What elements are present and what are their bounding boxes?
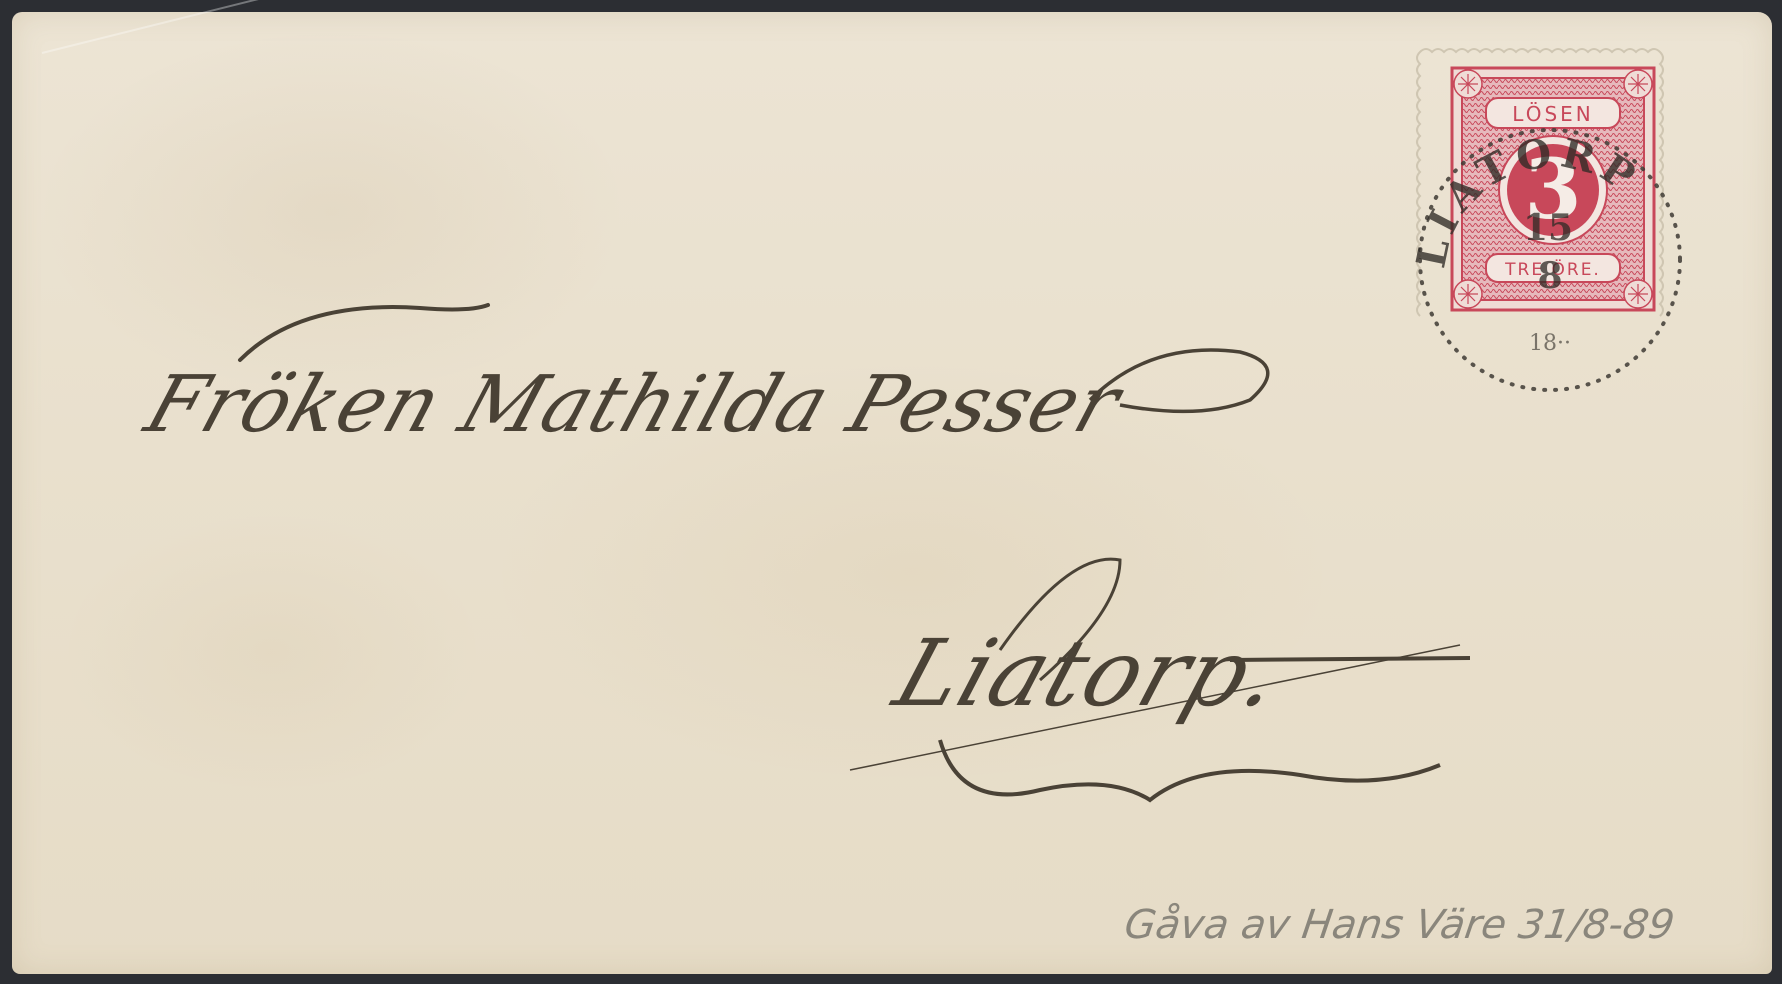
recipient-place: Liatorp. xyxy=(883,620,1296,727)
stamp-denomination: 3 xyxy=(1524,142,1581,238)
stamp-bottom-label: TRE ÖRE. xyxy=(1504,258,1601,280)
recipient-name: Fröken Mathilda Pesser xyxy=(135,360,1131,450)
paper-crease xyxy=(42,0,295,54)
stamp-top-label: LÖSEN xyxy=(1512,102,1593,126)
pencil-annotation: Gåva av Hans Väre 31/8-89 xyxy=(1122,902,1678,948)
postage-due-stamp: LÖSEN 3 TRE ÖRE. xyxy=(1450,66,1656,312)
